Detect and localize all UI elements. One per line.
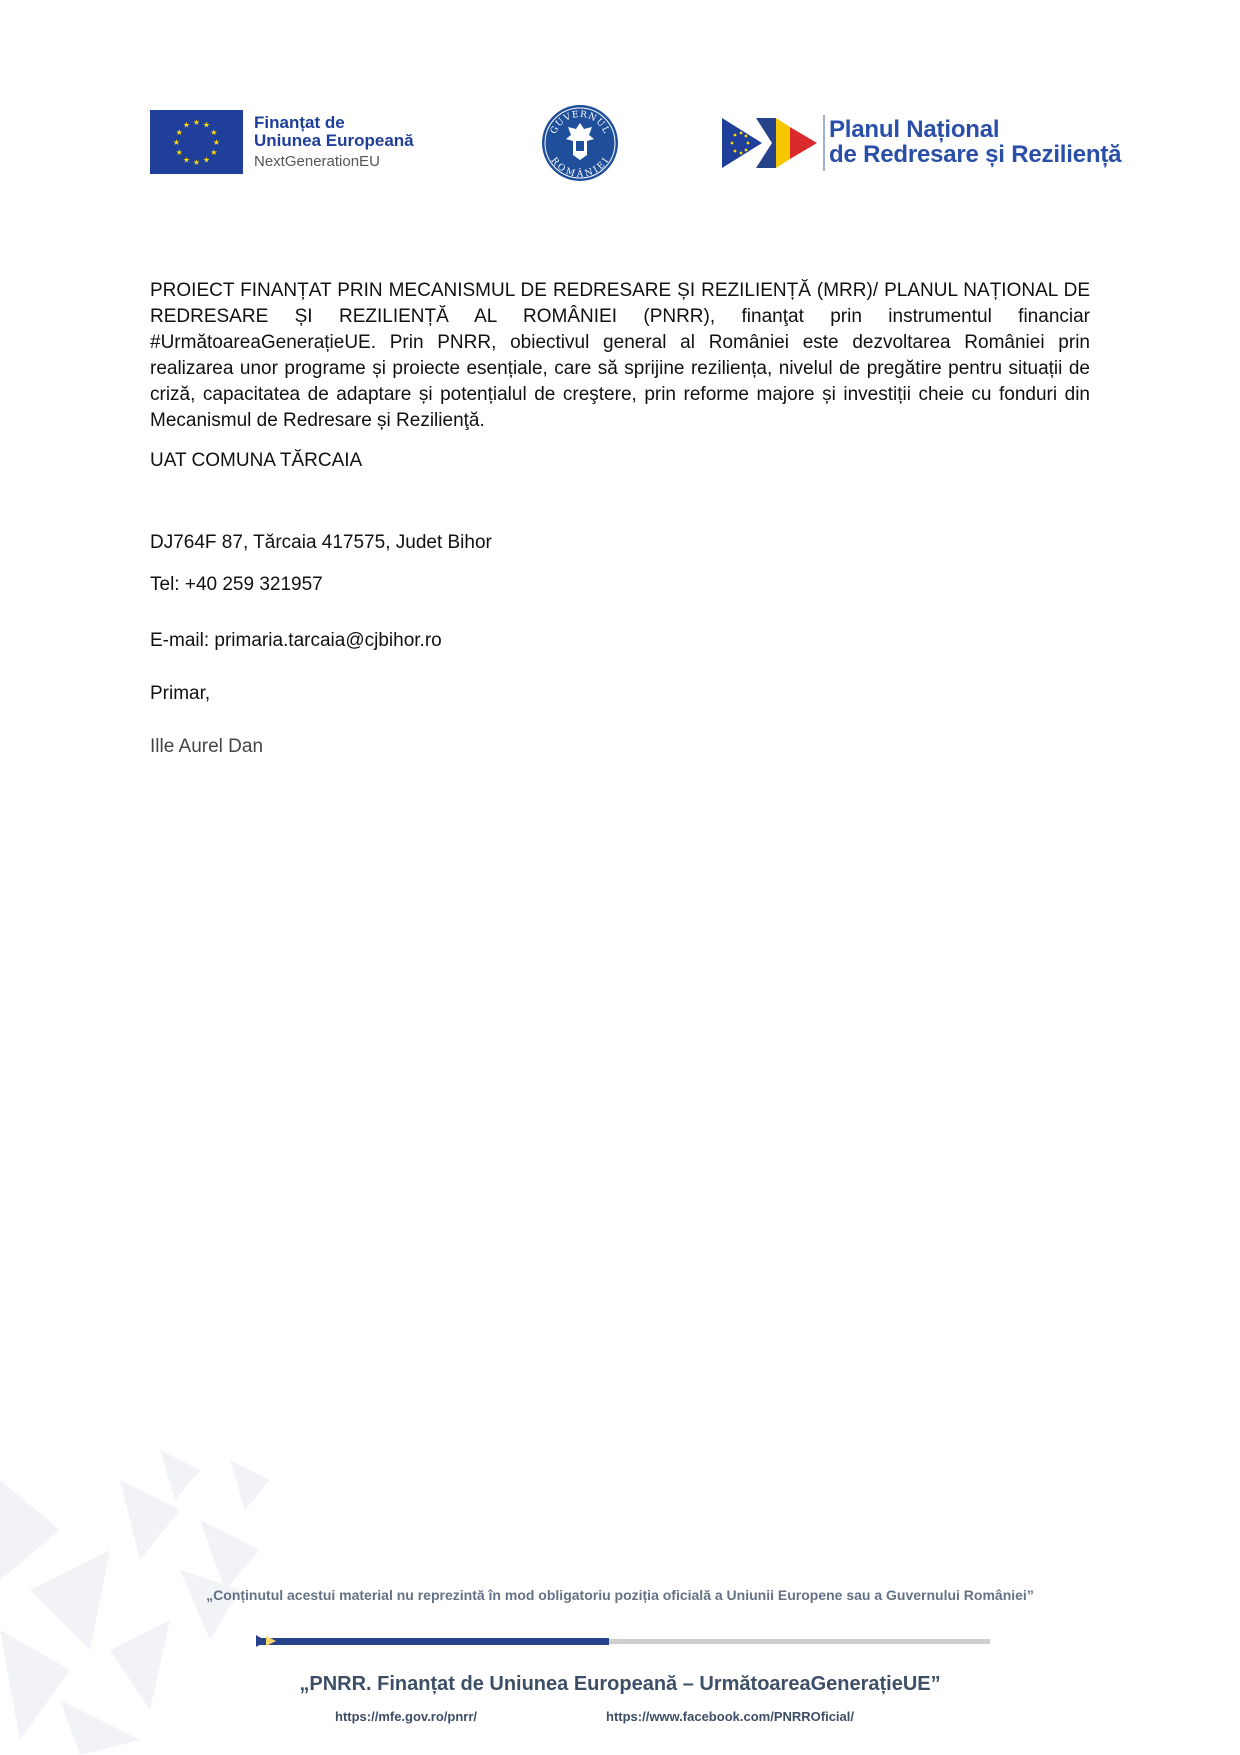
footer-slogan: „PNRR. Finanțat de Uniunea Europeană – U… (0, 1673, 1240, 1696)
letter-body: PROIECT FINANȚAT PRIN MECANISMUL DE REDR… (150, 278, 1090, 474)
eu-disclaimer: „Conținutul acestui material nu reprezin… (0, 1587, 1240, 1603)
email: E-mail: primaria.tarcaia@cjbihor.ro (150, 630, 442, 652)
eu-flag-icon: ★★★★★★★★★★★★ (150, 110, 243, 174)
pnrr-logo: Planul Național de Redresare și Rezilien… (722, 112, 1121, 174)
pnrr-website-link[interactable]: https://mfe.gov.ro/pnrr/ (335, 1709, 477, 1724)
svg-text:★: ★ (173, 138, 180, 147)
pnrr-logo-line1: Planul Național (829, 118, 1121, 143)
svg-text:★: ★ (203, 121, 210, 130)
signatory-name: Ille Aurel Dan (150, 736, 263, 758)
svg-text:★: ★ (203, 155, 210, 164)
romanian-government-seal-icon: GUVERNUL ROMÂNIEI (540, 103, 620, 183)
uat-name: UAT COMUNA TĂRCAIA (150, 448, 1090, 474)
pnrr-arrows-icon (722, 116, 817, 170)
telephone: Tel: +40 259 321957 (150, 574, 323, 596)
svg-text:★: ★ (176, 148, 183, 157)
eu-logo-line2: Uniunea Europeană (254, 132, 414, 151)
pnrr-logo-line2: de Redresare și Reziliență (829, 143, 1121, 168)
svg-text:★: ★ (193, 158, 200, 167)
project-paragraph: PROIECT FINANȚAT PRIN MECANISMUL DE REDR… (150, 278, 1090, 434)
bar-fill (258, 1638, 609, 1645)
svg-text:★: ★ (183, 155, 190, 164)
signatory-role: Primar, (150, 683, 210, 705)
svg-text:★: ★ (213, 138, 220, 147)
pnrr-divider (823, 115, 825, 171)
pnrr-mini-arrow-icon (256, 1635, 288, 1647)
eu-logo-line3: NextGenerationEU (254, 154, 414, 171)
address: DJ764F 87, Tărcaia 417575, Judet Bihor (150, 532, 492, 554)
eu-funding-logo: ★★★★★★★★★★★★ Finanțat de Uniunea Europea… (150, 110, 440, 174)
svg-text:★: ★ (193, 118, 200, 127)
pnrr-facebook-link[interactable]: https://www.facebook.com/PNRROficial/ (606, 1709, 854, 1724)
eu-logo-line1: Finanțat de (254, 114, 414, 133)
svg-text:★: ★ (210, 148, 217, 157)
svg-text:★: ★ (183, 121, 190, 130)
svg-text:★: ★ (210, 128, 217, 137)
svg-text:★: ★ (176, 128, 183, 137)
footer-progress-bar (258, 1638, 990, 1644)
